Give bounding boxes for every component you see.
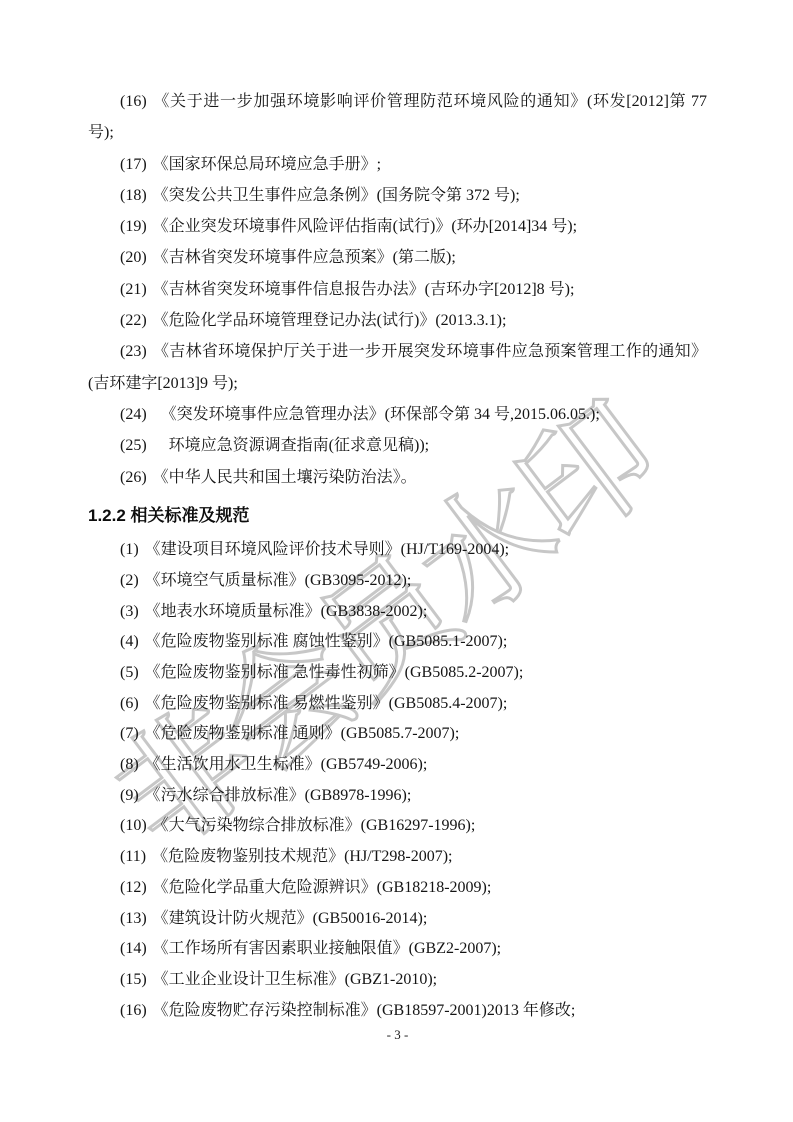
item-number: (11)	[120, 848, 146, 865]
list-item: (14)《工作场所有害因素职业接触限值》(GBZ2-2007);	[88, 934, 707, 965]
item-number: (3)	[120, 603, 139, 620]
item-number: (6)	[120, 695, 139, 712]
item-text: 《地表水环境质量标准》(GB3838-2002);	[145, 603, 428, 620]
item-text: 《建筑设计防火规范》(GB50016-2014);	[153, 910, 428, 927]
item-number: (15)	[120, 971, 147, 988]
list-item: (19)《企业突发环境事件风险评估指南(试行)》(环办[2014]34 号);	[88, 211, 707, 242]
list-item: (7)《危险废物鉴别标准 通则》(GB5085.7-2007);	[88, 719, 707, 750]
list-item: (3)《地表水环境质量标准》(GB3838-2002);	[88, 597, 707, 628]
item-text: 《中华人民共和国土壤污染防治法》。	[153, 469, 417, 486]
item-number: (18)	[120, 187, 147, 204]
list-item: (2)《环境空气质量标准》(GB3095-2012);	[88, 566, 707, 597]
legal-references-list: (16)《关于进一步加强环境影响评价管理防范环境风险的通知》(环发[2012]第…	[88, 86, 707, 493]
item-number: (10)	[120, 817, 147, 834]
list-item: (11)《危险废物鉴别技术规范》(HJ/T298-2007);	[88, 842, 707, 873]
item-number: (1)	[120, 541, 139, 558]
item-text: 《企业突发环境事件风险评估指南(试行)》(环办[2014]34 号);	[153, 218, 577, 235]
item-number: (13)	[120, 910, 147, 927]
list-item: (26)《中华人民共和国土壤污染防治法》。	[88, 462, 707, 493]
item-text: 《污水综合排放标准》(GB8978-1996);	[145, 787, 412, 804]
item-text: 《危险废物鉴别标准 腐蚀性鉴别》(GB5085.1-2007);	[145, 633, 508, 650]
item-number: (24)	[120, 406, 147, 423]
page-content: (16)《关于进一步加强环境影响评价管理防范环境风险的通知》(环发[2012]第…	[88, 86, 707, 1044]
list-item: (16)《危险废物贮存污染控制标准》(GB18597-2001)2013 年修改…	[88, 996, 707, 1027]
list-item: (21)《吉林省突发环境事件信息报告办法》(吉环办字[2012]8 号);	[88, 274, 707, 305]
item-text: 《吉林省突发环境事件信息报告办法》(吉环办字[2012]8 号);	[153, 281, 575, 298]
item-text: 《大气污染物综合排放标准》(GB16297-1996);	[153, 817, 476, 834]
item-number: (7)	[120, 725, 139, 742]
item-text: 《危险废物鉴别标准 急性毒性初筛》(GB5085.2-2007);	[145, 664, 524, 681]
list-item: (18)《突发公共卫生事件应急条例》(国务院令第 372 号);	[88, 180, 707, 211]
item-number: (17)	[120, 156, 147, 173]
standards-list: (1)《建设项目环境风险评价技术导则》(HJ/T169-2004); (2)《环…	[88, 535, 707, 1026]
item-number: (26)	[120, 469, 147, 486]
item-text: 《危险废物贮存污染控制标准》(GB18597-2001)2013 年修改;	[153, 1002, 576, 1019]
list-item: (23)《吉林省环境保护厅关于进一步开展突发环境事件应急预案管理工作的通知》(吉…	[88, 336, 707, 399]
item-text: 《关于进一步加强环境影响评价管理防范环境风险的通知》(环发[2012]第 77 …	[88, 93, 711, 141]
item-text: 《建设项目环境风险评价技术导则》(HJ/T169-2004);	[145, 541, 509, 558]
item-text: 《危险化学品重大危险源辨识》(GB18218-2009);	[153, 879, 492, 896]
section-heading: 1.2.2 相关标准及规范	[88, 500, 707, 531]
item-number: (16)	[120, 93, 147, 110]
list-item: (16)《关于进一步加强环境影响评价管理防范环境风险的通知》(环发[2012]第…	[88, 86, 707, 149]
item-text: 《国家环保总局环境应急手册》;	[153, 156, 381, 173]
item-number: (14)	[120, 940, 147, 957]
page-number: - 3 -	[88, 1026, 707, 1044]
item-text: 《工业企业设计卫生标准》(GBZ1-2010);	[153, 971, 437, 988]
item-number: (16)	[120, 1002, 147, 1019]
item-text: 《危险化学品环境管理登记办法(试行)》(2013.3.1);	[153, 312, 507, 329]
list-item: (8)《生活饮用水卫生标准》(GB5749-2006);	[88, 750, 707, 781]
item-number: (4)	[120, 633, 139, 650]
list-item: (24) 《突发环境事件应急管理办法》(环保部令第 34 号,2015.06.0…	[88, 399, 707, 430]
item-text: 《突发公共卫生事件应急条例》(国务院令第 372 号);	[153, 187, 520, 204]
list-item: (5)《危险废物鉴别标准 急性毒性初筛》(GB5085.2-2007);	[88, 658, 707, 689]
item-number: (23)	[120, 343, 147, 360]
item-number: (22)	[120, 312, 147, 329]
list-item: (9)《污水综合排放标准》(GB8978-1996);	[88, 781, 707, 812]
item-number: (2)	[120, 572, 139, 589]
list-item: (13)《建筑设计防火规范》(GB50016-2014);	[88, 904, 707, 935]
item-number: (25)	[120, 437, 147, 454]
item-text: 《危险废物鉴别标准 易燃性鉴别》(GB5085.4-2007);	[145, 695, 508, 712]
list-item: (1)《建设项目环境风险评价技术导则》(HJ/T169-2004);	[88, 535, 707, 566]
item-number: (21)	[120, 281, 147, 298]
item-text: 《危险废物鉴别标准 通则》(GB5085.7-2007);	[145, 725, 460, 742]
item-number: (19)	[120, 218, 147, 235]
item-number: (9)	[120, 787, 139, 804]
list-item: (4)《危险废物鉴别标准 腐蚀性鉴别》(GB5085.1-2007);	[88, 627, 707, 658]
list-item: (6)《危险废物鉴别标准 易燃性鉴别》(GB5085.4-2007);	[88, 689, 707, 720]
item-text: 《危险废物鉴别技术规范》(HJ/T298-2007);	[152, 848, 452, 865]
list-item: (12)《危险化学品重大危险源辨识》(GB18218-2009);	[88, 873, 707, 904]
item-number: (12)	[120, 879, 147, 896]
item-text: 《突发环境事件应急管理办法》(环保部令第 34 号,2015.06.05.);	[153, 406, 600, 423]
item-text: 《吉林省突发环境事件应急预案》(第二版);	[153, 249, 456, 266]
item-number: (8)	[120, 756, 139, 773]
document-page: 非会员水印 (16)《关于进一步加强环境影响评价管理防范环境风险的通知》(环发[…	[0, 0, 793, 1122]
item-number: (20)	[120, 249, 147, 266]
item-text: 《吉林省环境保护厅关于进一步开展突发环境事件应急预案管理工作的通知》(吉环建字[…	[88, 343, 707, 391]
item-text: 《环境空气质量标准》(GB3095-2012);	[145, 572, 412, 589]
item-text: 《生活饮用水卫生标准》(GB5749-2006);	[145, 756, 428, 773]
item-number: (5)	[120, 664, 139, 681]
item-text: 《工作场所有害因素职业接触限值》(GBZ2-2007);	[153, 940, 501, 957]
list-item: (20)《吉林省突发环境事件应急预案》(第二版);	[88, 242, 707, 273]
list-item: (22)《危险化学品环境管理登记办法(试行)》(2013.3.1);	[88, 305, 707, 336]
item-text: 环境应急资源调查指南(征求意见稿));	[153, 437, 429, 454]
list-item: (17)《国家环保总局环境应急手册》;	[88, 149, 707, 180]
list-item: (15)《工业企业设计卫生标准》(GBZ1-2010);	[88, 965, 707, 996]
list-item: (25) 环境应急资源调查指南(征求意见稿));	[88, 430, 707, 461]
list-item: (10)《大气污染物综合排放标准》(GB16297-1996);	[88, 811, 707, 842]
